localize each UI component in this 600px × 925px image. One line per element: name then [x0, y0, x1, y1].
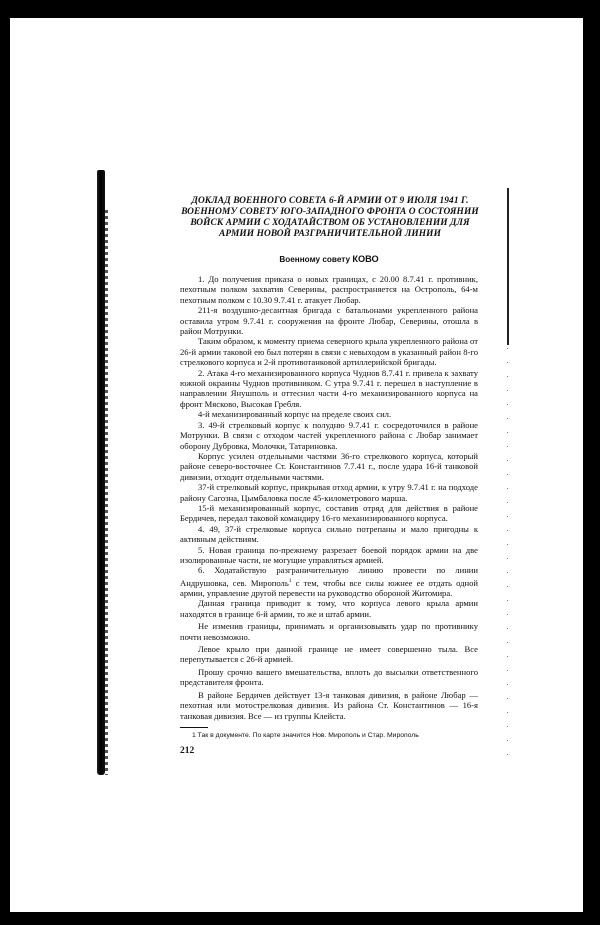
- paragraph-16: Прошу срочно вашего вмешательства, вплот…: [180, 667, 478, 688]
- addressee-org: КОВО: [352, 254, 378, 264]
- footnote-text: Так в документе. По карте значится Нов. …: [198, 732, 419, 739]
- paragraph-11: 5. Новая граница по-прежнему разрезает б…: [180, 545, 478, 566]
- binding-shadow: [97, 170, 105, 775]
- addressee-prefix: Военному совету: [279, 255, 350, 264]
- paragraph-15: Левое крыло при данной границе не имеет …: [180, 644, 478, 665]
- paragraph-3: Таким образом, к моменту приема северног…: [180, 336, 478, 367]
- footnote-divider: [180, 727, 208, 728]
- footnote-ref: 1: [289, 578, 292, 584]
- addressee: Военному совету КОВО: [180, 254, 478, 264]
- paragraph-12: 6. Ходатайствую разграничительную линию …: [180, 565, 478, 598]
- page-edge-dots: [507, 348, 508, 768]
- paragraph-1: 1. До получения приказа о новых границах…: [180, 274, 478, 305]
- paragraph-8: 37-й стрелковый корпус, прикрывая отход …: [180, 482, 478, 503]
- paragraph-10: 4. 49, 37-й стрелковые корпуса сильно по…: [180, 524, 478, 545]
- page-number: 212: [180, 746, 478, 756]
- paragraph-6: 3. 49-й стрелковый корпус к полудню 9.7.…: [180, 420, 478, 451]
- paragraph-2: 211-я воздушно-десантная бригада с батал…: [180, 305, 478, 336]
- paragraph-13: Данная граница приводит к тому, что корп…: [180, 598, 478, 619]
- paragraph-7: Корпус усилен отдельными частями 36-го с…: [180, 451, 478, 482]
- footnote: 1 Так в документе. По карте значится Нов…: [180, 731, 478, 740]
- paragraph-4: 2. Атака 4-го механизированного корпуса …: [180, 368, 478, 410]
- paragraph-5: 4-й механизированный корпус на пределе с…: [180, 409, 478, 419]
- footnote-marker: 1: [192, 732, 196, 739]
- paragraph-14: Не изменив границы, принимать и организо…: [180, 621, 478, 642]
- paragraph-17: В районе Бердичев действует 13-я танкова…: [180, 690, 478, 721]
- document-title: ДОКЛАД ВОЕННОГО СОВЕТА 6-й АРМИИ ОТ 9 ИЮ…: [174, 196, 486, 240]
- document-body: ДОКЛАД ВОЕННОГО СОВЕТА 6-й АРМИИ ОТ 9 ИЮ…: [180, 196, 478, 756]
- page-edge-line: [507, 188, 509, 345]
- paragraph-9: 15-й механизированный корпус, составив о…: [180, 503, 478, 524]
